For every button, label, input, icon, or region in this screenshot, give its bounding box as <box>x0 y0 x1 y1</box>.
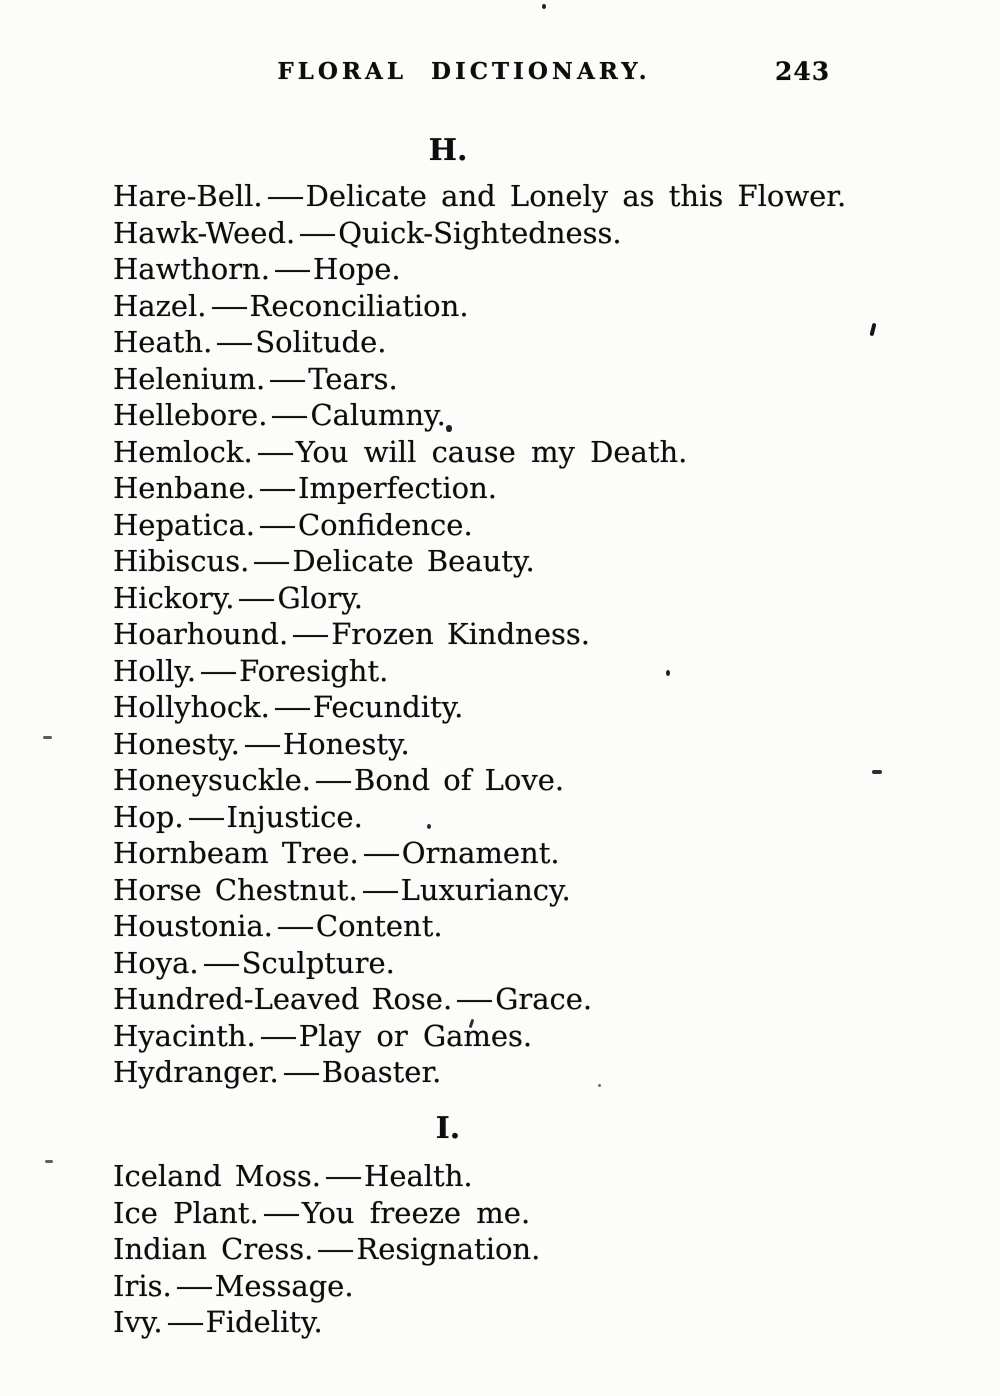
entry-meaning: Boaster. <box>322 1055 442 1089</box>
entry-term: Hornbeam Tree. <box>113 836 359 870</box>
entry-meaning: Glory. <box>277 581 363 615</box>
ink-speck <box>446 425 452 432</box>
entry-meaning: Ornament. <box>402 836 560 870</box>
entry-meaning: Luxuriancy. <box>401 873 571 907</box>
entry-term: Hepatica. <box>113 508 255 542</box>
entry-term: Hundred-Leaved Rose. <box>113 982 452 1016</box>
entry-term: Hyacinth. <box>113 1019 256 1053</box>
entry-meaning: Imperfection. <box>298 471 497 505</box>
dictionary-entry: Hepatica.—Confidence. <box>113 507 846 544</box>
entry-meaning: Message. <box>215 1269 354 1303</box>
dictionary-entry: Hibiscus.—Delicate Beauty. <box>113 543 846 580</box>
entry-meaning: Fecundity. <box>313 690 464 724</box>
dictionary-entry: Iris.—Message. <box>113 1268 540 1305</box>
ink-speck <box>427 824 431 829</box>
separator-dash: — <box>269 361 307 398</box>
separator-dash: — <box>256 434 294 471</box>
entries-list: Hare-Bell.—Delicate and Lonely as this F… <box>113 178 846 1091</box>
entry-term: Iris. <box>113 1269 172 1303</box>
entry-term: Hellebore. <box>113 398 267 432</box>
dictionary-entry: Hornbeam Tree.—Ornament. <box>113 835 846 872</box>
entry-term: Iceland Moss. <box>113 1159 321 1193</box>
dictionary-entry: Hellebore.—Calumny. <box>113 397 846 434</box>
entry-term: Heath. <box>113 325 212 359</box>
ink-speck <box>542 4 546 9</box>
entry-term: Ice Plant. <box>113 1196 259 1230</box>
entry-meaning: You will cause my Death. <box>296 435 688 469</box>
entry-meaning: Quick-Sightedness. <box>338 216 621 250</box>
entry-meaning: Calumny. <box>310 398 445 432</box>
entry-term: Hibiscus. <box>113 544 249 578</box>
separator-dash: — <box>258 507 296 544</box>
separator-dash: — <box>324 1158 362 1195</box>
dictionary-entry: Ivy.—Fidelity. <box>113 1304 540 1341</box>
entries-list: Iceland Moss.—Health.Ice Plant.—You free… <box>113 1158 540 1341</box>
separator-dash: — <box>175 1268 213 1305</box>
dictionary-entry: Helenium.—Tears. <box>113 361 846 398</box>
dictionary-entry: Heath.—Solitude. <box>113 324 846 361</box>
ink-speck <box>666 670 670 676</box>
entry-term: Hemlock. <box>113 435 253 469</box>
dictionary-entry: Hoarhound.—Frozen Kindness. <box>113 616 846 653</box>
entry-term: Honesty. <box>113 727 240 761</box>
dictionary-entry: Hyacinth.—Play or Games. <box>113 1018 846 1055</box>
entry-meaning: Delicate and Lonely as this Flower. <box>306 179 847 213</box>
entry-term: Hop. <box>113 800 184 834</box>
entry-term: Holly. <box>113 654 196 688</box>
entry-term: Hawthorn. <box>113 252 270 286</box>
separator-dash: — <box>273 251 311 288</box>
separator-dash: — <box>199 653 237 690</box>
separator-dash: — <box>166 1304 204 1341</box>
entry-term: Henbane. <box>113 471 255 505</box>
entry-term: Honeysuckle. <box>113 763 311 797</box>
section-heading: H. <box>113 136 783 166</box>
separator-dash: — <box>258 470 296 507</box>
section-heading: I. <box>113 1114 783 1144</box>
separator-dash: — <box>273 689 311 726</box>
dictionary-entry: Hundred-Leaved Rose.—Grace. <box>113 981 846 1018</box>
entry-term: Hydranger. <box>113 1055 279 1089</box>
entry-term: Hoya. <box>113 946 199 980</box>
separator-dash: — <box>187 799 225 836</box>
dictionary-entry: Hawthorn.—Hope. <box>113 251 846 288</box>
dictionary-entry: Honesty.—Honesty. <box>113 726 846 763</box>
entry-term: Hollyhock. <box>113 690 270 724</box>
entry-meaning: Bond of Love. <box>354 763 564 797</box>
entry-meaning: You freeze me. <box>302 1196 530 1230</box>
dictionary-entry: Horse Chestnut.—Luxuriancy. <box>113 872 846 909</box>
dictionary-entry: Iceland Moss.—Health. <box>113 1158 540 1195</box>
entry-term: Houstonia. <box>113 909 273 943</box>
entry-term: Horse Chestnut. <box>113 873 358 907</box>
entry-meaning: Foresight. <box>239 654 388 688</box>
entry-term: Ivy. <box>113 1305 163 1339</box>
entry-meaning: Solitude. <box>255 325 386 359</box>
entry-meaning: Fidelity. <box>206 1305 323 1339</box>
dictionary-content: H.Hare-Bell.—Delicate and Lonely as this… <box>0 0 1000 1396</box>
entry-meaning: Reconciliation. <box>250 289 469 323</box>
separator-dash: — <box>282 1054 320 1091</box>
separator-dash: — <box>253 543 291 580</box>
entry-meaning: Health. <box>364 1159 473 1193</box>
entry-term: Helenium. <box>113 362 265 396</box>
entry-meaning: Frozen Kindness. <box>331 617 590 651</box>
separator-dash: — <box>259 1018 297 1055</box>
ink-speck <box>43 736 52 739</box>
entry-meaning: Resignation. <box>356 1232 540 1266</box>
entry-meaning: Play or Games. <box>299 1019 532 1053</box>
dictionary-entry: Holly.—Foresight. <box>113 653 846 690</box>
separator-dash: — <box>362 835 400 872</box>
separator-dash: — <box>210 288 248 325</box>
separator-dash: — <box>299 215 337 252</box>
ink-speck <box>872 770 882 774</box>
separator-dash: — <box>238 580 276 617</box>
separator-dash: — <box>317 1231 355 1268</box>
entry-term: Hare-Bell. <box>113 179 263 213</box>
dictionary-entry: Houstonia.—Content. <box>113 908 846 945</box>
book-page: FLORAL DICTIONARY. 243 H.Hare-Bell.—Deli… <box>0 0 1000 1396</box>
separator-dash: — <box>202 945 240 982</box>
entry-meaning: Confidence. <box>298 508 473 542</box>
separator-dash: — <box>243 726 281 763</box>
entry-meaning: Content. <box>316 909 443 943</box>
separator-dash: — <box>361 872 399 909</box>
dictionary-entry: Hemlock.—You will cause my Death. <box>113 434 846 471</box>
dictionary-entry: Hickory.—Glory. <box>113 580 846 617</box>
entry-meaning: Hope. <box>313 252 401 286</box>
dictionary-entry: Hare-Bell.—Delicate and Lonely as this F… <box>113 178 846 215</box>
entry-term: Hickory. <box>113 581 234 615</box>
separator-dash: — <box>314 762 352 799</box>
entry-term: Hazel. <box>113 289 207 323</box>
ink-speck <box>45 1160 53 1163</box>
dictionary-entry: Hoya.—Sculpture. <box>113 945 846 982</box>
entry-term: Hoarhound. <box>113 617 288 651</box>
entry-term: Hawk-Weed. <box>113 216 295 250</box>
separator-dash: — <box>262 1195 300 1232</box>
dictionary-entry: Indian Cress.—Resignation. <box>113 1231 540 1268</box>
entry-meaning: Injustice. <box>227 800 363 834</box>
entry-meaning: Sculpture. <box>242 946 395 980</box>
entry-meaning: Tears. <box>308 362 398 396</box>
dictionary-entry: Ice Plant.—You freeze me. <box>113 1195 540 1232</box>
dictionary-entry: Hazel.—Reconciliation. <box>113 288 846 325</box>
dictionary-entry: Henbane.—Imperfection. <box>113 470 846 507</box>
separator-dash: — <box>216 324 254 361</box>
entry-meaning: Grace. <box>495 982 592 1016</box>
separator-dash: — <box>271 397 309 434</box>
dictionary-entry: Honeysuckle.—Bond of Love. <box>113 762 846 799</box>
dictionary-entry: Hydranger.—Boaster. <box>113 1054 846 1091</box>
dictionary-entry: Hop.—Injustice. <box>113 799 846 836</box>
separator-dash: — <box>456 981 494 1018</box>
entry-term: Indian Cress. <box>113 1232 313 1266</box>
separator-dash: — <box>276 908 314 945</box>
entry-meaning: Delicate Beauty. <box>292 544 534 578</box>
dictionary-entry: Hollyhock.—Fecundity. <box>113 689 846 726</box>
entry-meaning: Honesty. <box>283 727 410 761</box>
dictionary-entry: Hawk-Weed.—Quick-Sightedness. <box>113 215 846 252</box>
separator-dash: — <box>292 616 330 653</box>
separator-dash: — <box>266 178 304 215</box>
ink-speck <box>598 1084 601 1087</box>
